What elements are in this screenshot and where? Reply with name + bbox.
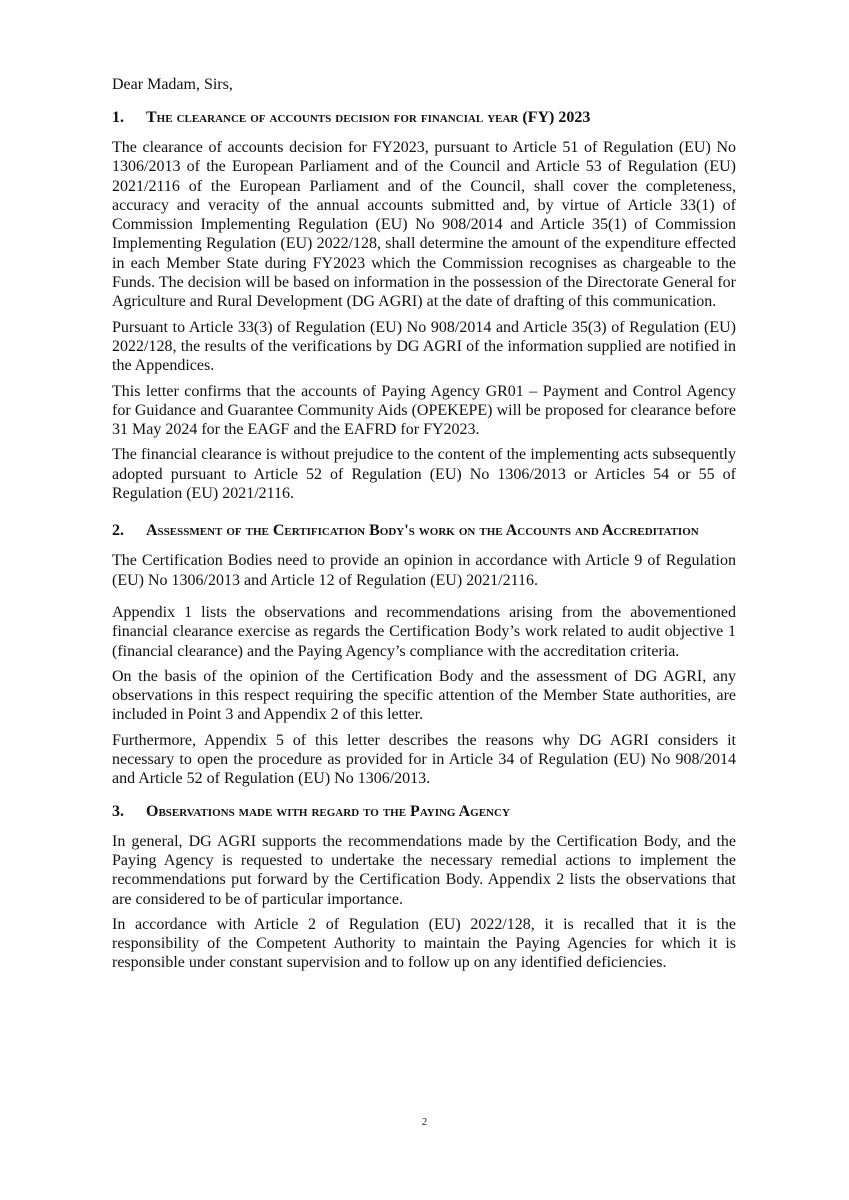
- paragraph: The financial clearance is without preju…: [112, 445, 736, 503]
- letter-page: Dear Madam, Sirs, 1. The clearance of ac…: [112, 76, 736, 979]
- paragraph: On the basis of the opinion of the Certi…: [112, 667, 736, 725]
- section-title: Assessment of the Certification Body's w…: [146, 521, 736, 540]
- paragraph: In general, DG AGRI supports the recomme…: [112, 832, 736, 909]
- paragraph: In accordance with Article 2 of Regulati…: [112, 915, 736, 973]
- paragraph: The Certification Bodies need to provide…: [112, 551, 736, 590]
- section-title: The clearance of accounts decision for f…: [146, 108, 736, 127]
- paragraph: Furthermore, Appendix 5 of this letter d…: [112, 731, 736, 789]
- salutation: Dear Madam, Sirs,: [112, 76, 736, 94]
- section-heading-1: 1. The clearance of accounts decision fo…: [112, 108, 736, 127]
- paragraph: Appendix 1 lists the observations and re…: [112, 603, 736, 661]
- section-heading-2: 2. Assessment of the Certification Body'…: [112, 521, 736, 540]
- section-heading-3: 3. Observations made with regard to the …: [112, 802, 736, 821]
- section-number: 2.: [112, 521, 146, 540]
- paragraph: The clearance of accounts decision for F…: [112, 138, 736, 312]
- section-title: Observations made with regard to the Pay…: [146, 802, 736, 821]
- paragraph: Pursuant to Article 33(3) of Regulation …: [112, 318, 736, 376]
- paragraph: This letter confirms that the accounts o…: [112, 382, 736, 440]
- section-number: 3.: [112, 802, 146, 821]
- page-number: 2: [0, 1116, 849, 1128]
- section-number: 1.: [112, 108, 146, 127]
